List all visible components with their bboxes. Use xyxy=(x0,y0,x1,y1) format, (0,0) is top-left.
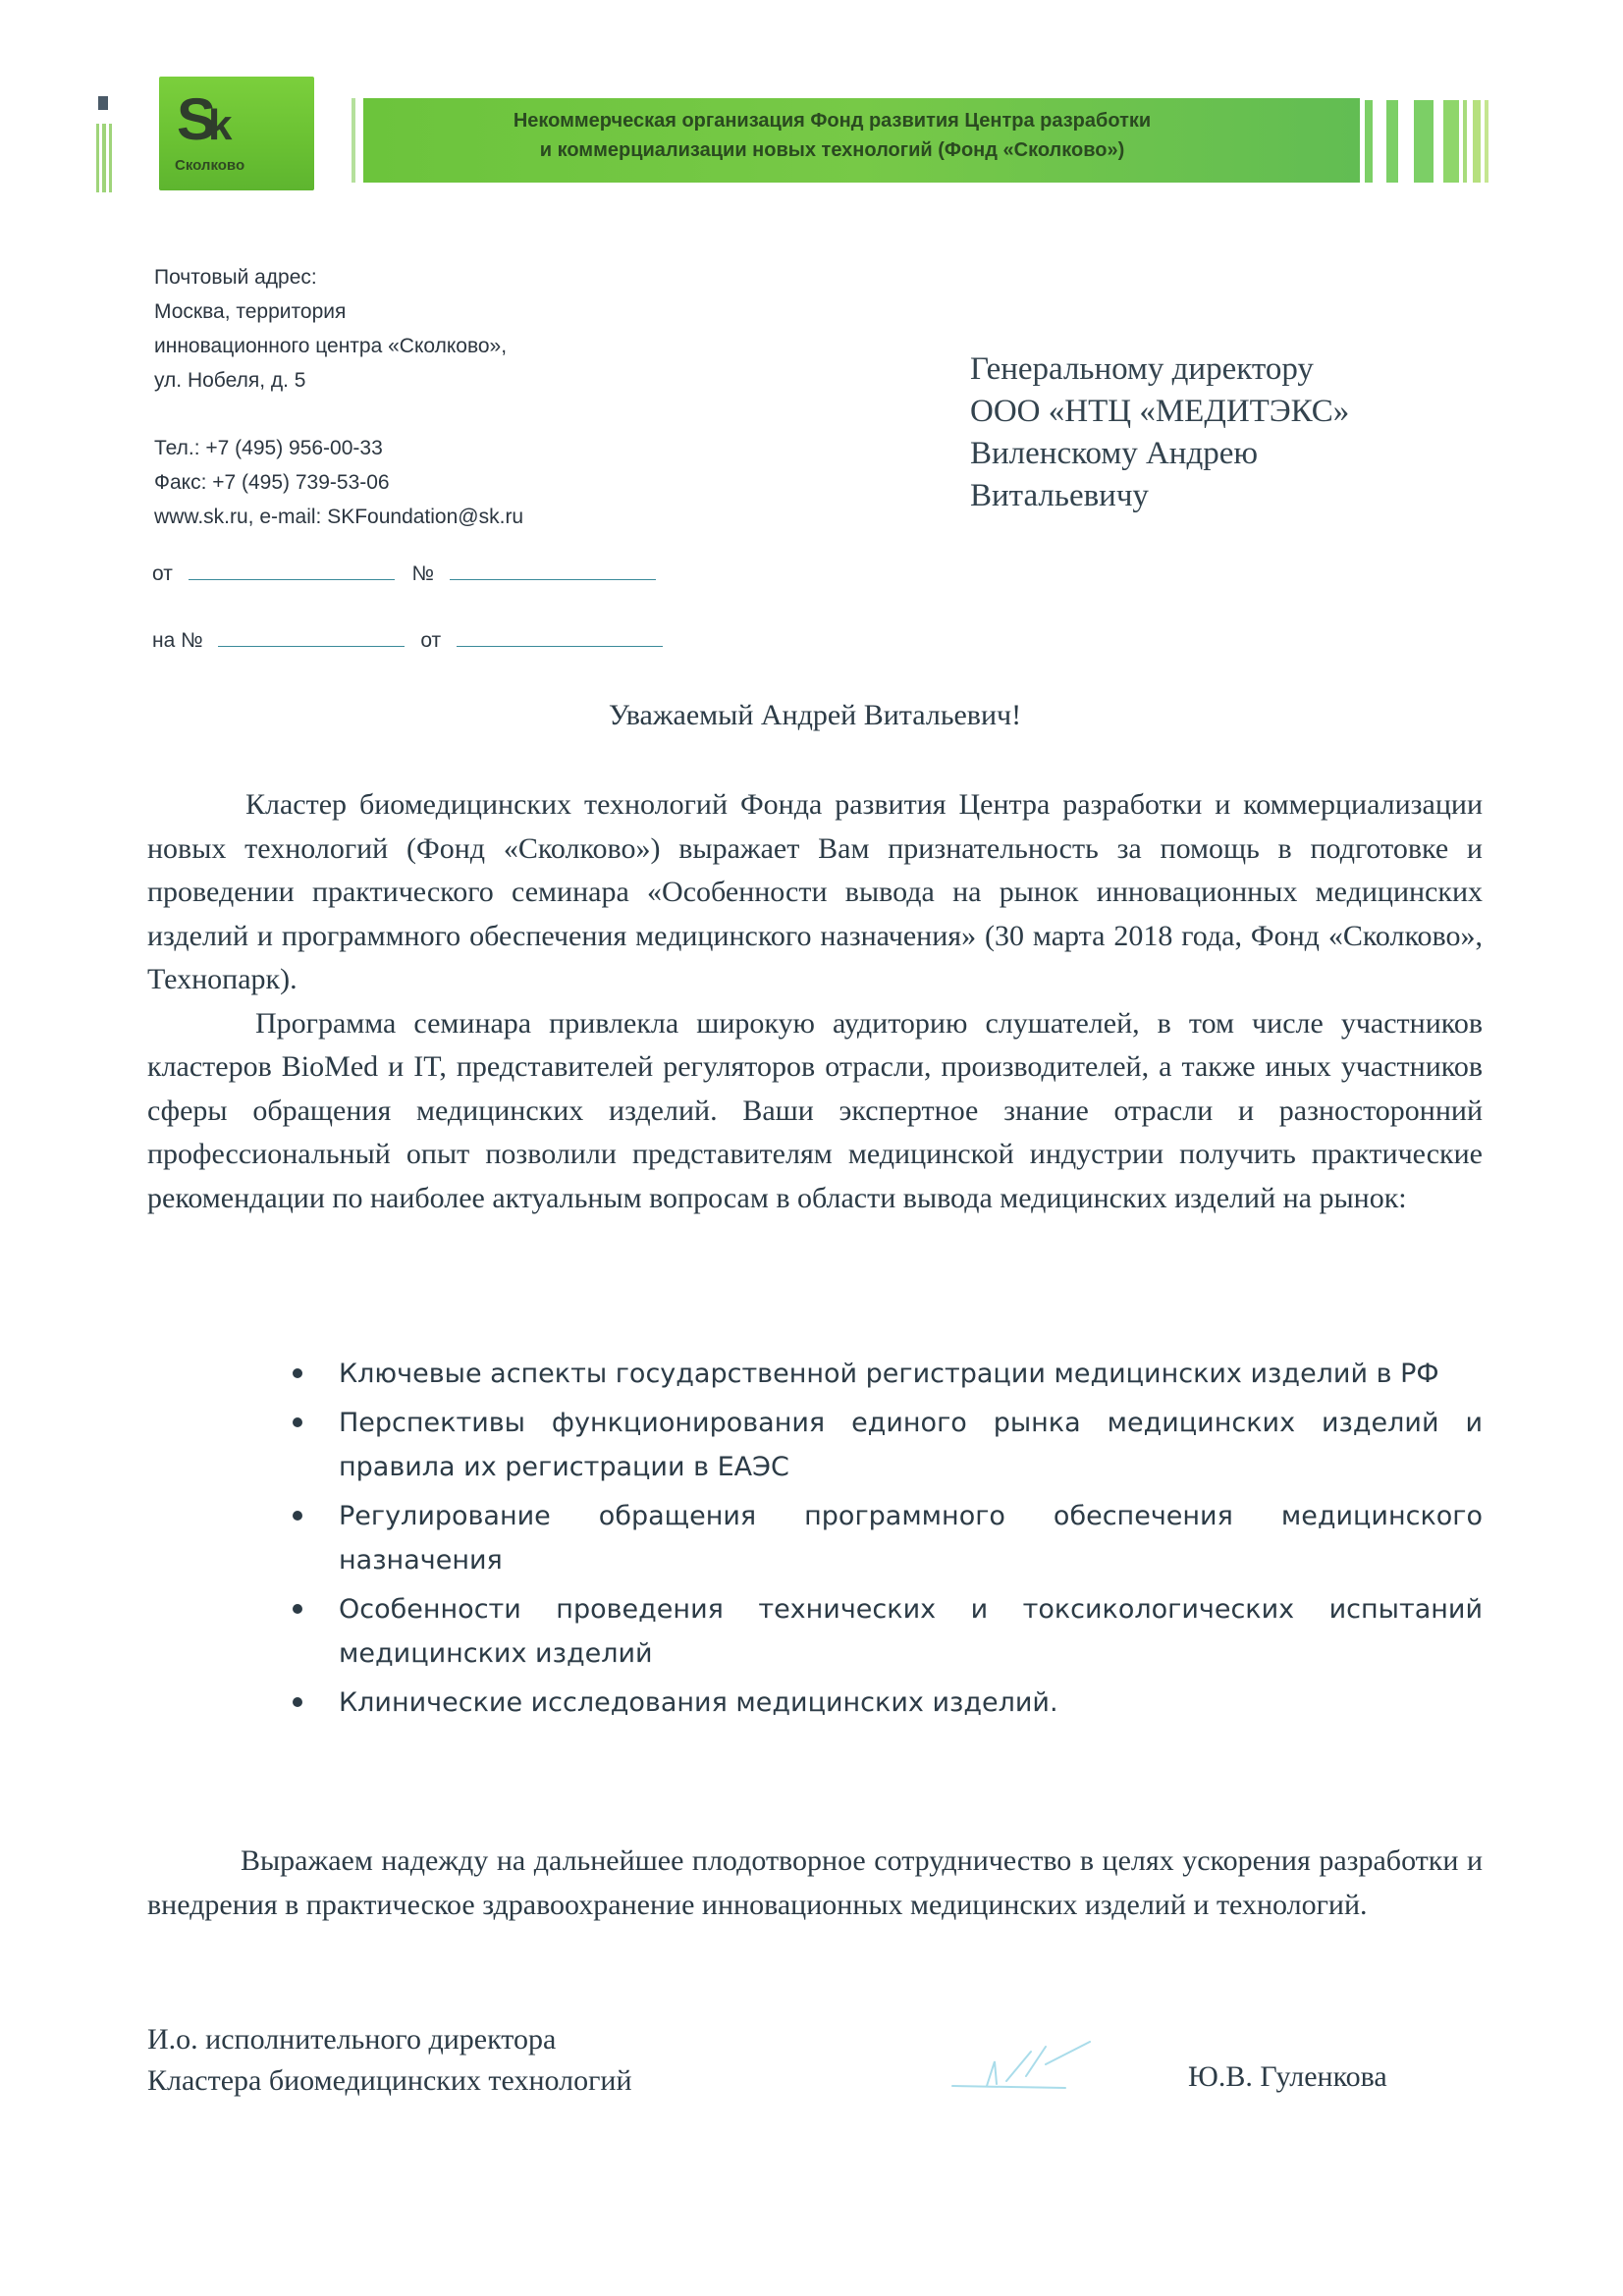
signatory-title-line: Кластера биомедицинских технологий xyxy=(147,2060,632,2102)
address-line: инновационного центра «Сколково», xyxy=(154,329,704,363)
decorative-bar xyxy=(96,124,99,192)
ref-date-label: от xyxy=(420,629,441,652)
list-item: Перспективы функционирования единого рын… xyxy=(285,1401,1483,1489)
bullet-icon xyxy=(293,1604,302,1614)
address-label: Почтовый адрес: xyxy=(154,260,704,294)
closing-paragraph: Выражаем надежду на дальнейшее плодотвор… xyxy=(147,1839,1483,1927)
logo-mark: Sk xyxy=(177,90,233,155)
banner-separator xyxy=(352,98,355,183)
outgoing-registration-row: от № xyxy=(152,561,702,591)
header-end-bars xyxy=(1365,100,1492,183)
address-line: ул. Нобеля, д. 5 xyxy=(154,363,704,398)
from-date-field xyxy=(189,561,395,580)
decorative-bar xyxy=(109,124,112,192)
banner-line-1: Некоммерческая организация Фонд развития… xyxy=(363,110,1360,133)
bullet-icon xyxy=(293,1368,302,1378)
address-line: Москва, территория xyxy=(154,294,704,329)
handwritten-signature-icon xyxy=(947,2037,1095,2096)
header-banner: Некоммерческая организация Фонд развития… xyxy=(363,98,1360,183)
ref-number-label: на № xyxy=(152,629,203,652)
paragraph: Выражаем надежду на дальнейшее плодотвор… xyxy=(147,1839,1483,1927)
decorative-square xyxy=(98,96,108,110)
recipient-line: Генеральному директору xyxy=(970,348,1481,391)
number-label: № xyxy=(412,562,435,585)
list-item: Ключевые аспекты государственной регистр… xyxy=(285,1352,1483,1396)
letter-body: Кластер биомедицинских технологий Фонда … xyxy=(147,783,1483,1220)
skolkovo-logo-icon: Sk Сколково xyxy=(159,77,314,190)
list-item: Клинические исследования медицинских изд… xyxy=(285,1681,1483,1725)
topics-list: Ключевые аспекты государственной регистр… xyxy=(285,1352,1483,1730)
web-email: www.sk.ru, e-mail: SKFoundation@sk.ru xyxy=(154,500,704,534)
paragraph: Кластер биомедицинских технологий Фонда … xyxy=(147,783,1483,1002)
ref-number-field xyxy=(218,628,405,647)
logo-name: Сколково xyxy=(175,157,244,174)
signatory-title: И.о. исполнительного директора Кластера … xyxy=(147,2019,632,2102)
bullet-icon xyxy=(293,1511,302,1521)
number-field xyxy=(450,561,656,580)
paragraph: Программа семинара привлекла широкую ауд… xyxy=(147,1002,1483,1221)
fax: Факс: +7 (495) 739-53-06 xyxy=(154,465,704,500)
banner-line-2: и коммерциализации новых технологий (Фон… xyxy=(363,139,1360,162)
list-item: Особенности проведения технических и ток… xyxy=(285,1587,1483,1676)
ref-date-field xyxy=(457,628,663,647)
phone: Тел.: +7 (495) 956-00-33 xyxy=(154,431,704,465)
registration-fields: от № на № от xyxy=(152,561,702,695)
recipient-line: ООО «НТЦ «МЕДИТЭКС» xyxy=(970,391,1481,433)
sender-info: Почтовый адрес: Москва, территория иннов… xyxy=(154,260,704,534)
from-label: от xyxy=(152,562,173,585)
salutation: Уважаемый Андрей Витальевич! xyxy=(147,699,1483,732)
reference-registration-row: на № от xyxy=(152,628,702,658)
signatory-name: Ю.В. Гуленкова xyxy=(1188,2060,1387,2094)
list-item: Регулирование обращения программного обе… xyxy=(285,1494,1483,1582)
recipient-block: Генеральному директору ООО «НТЦ «МЕДИТЭК… xyxy=(970,348,1481,517)
recipient-line: Витальевичу xyxy=(970,475,1481,517)
bullet-icon xyxy=(293,1417,302,1427)
bullet-icon xyxy=(293,1697,302,1707)
header-side-bars xyxy=(96,90,120,194)
signatory-title-line: И.о. исполнительного директора xyxy=(147,2019,632,2060)
decorative-bar xyxy=(102,124,106,192)
recipient-line: Виленскому Андрею xyxy=(970,433,1481,475)
